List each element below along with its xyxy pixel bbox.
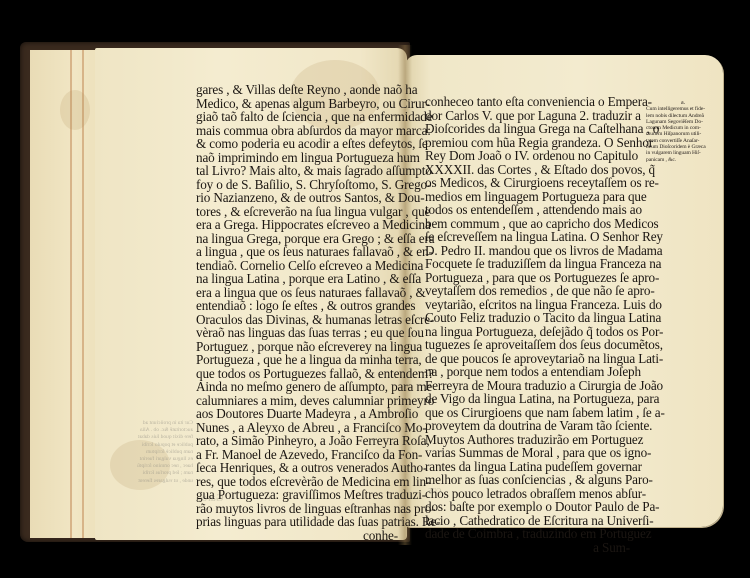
text-line: rantes da lingua Latina pudeſſem governa… bbox=[425, 460, 630, 474]
text-line: proveytem da doutrina de Varam tão ſcien… bbox=[425, 419, 630, 433]
text-line: ſeca Henriques, & a outros venerados Aut… bbox=[196, 461, 398, 475]
text-line: premiou com hũa Regia grandeza. O Senhor bbox=[425, 136, 630, 150]
text-line: os Medicos, & Cirurgioens receytaſſem os… bbox=[425, 176, 630, 190]
text-line: na , porque nem todos a entendiam Joſeph bbox=[425, 365, 630, 379]
text-line: na lingua Portugueza, deſejãdo q̃ todos … bbox=[425, 325, 630, 339]
text-line: que os Cirurgioens que nam ſabem latim ,… bbox=[425, 406, 630, 420]
text-line: chos pouco letrados obraſſem menos abſur… bbox=[425, 487, 630, 501]
text-line: Dioſcorides da lingua Grega na Caſtelhan… bbox=[425, 122, 630, 136]
text-line: tuguezes ſe aproveitaſſem dos ſeus docum… bbox=[425, 338, 630, 352]
open-book: Cur ita in proiiciunt ad auctoritatẽ &c.… bbox=[0, 0, 750, 578]
show-through-text: Cur ita in proiiciunt ad auctoritatẽ &c.… bbox=[113, 420, 193, 485]
text-line: aos Doutores Duarte Madeyra , a Ambroſio bbox=[196, 407, 398, 421]
text-line: era a lingua que os ſeus naturaes fallav… bbox=[196, 286, 398, 300]
text-line: veytarião, eſcritos na lingua Franceza. … bbox=[425, 298, 630, 312]
text-line: a lingua , que os ſeus naturaes fallavaõ… bbox=[196, 245, 398, 259]
text-line: tal Livro? Mais alto, & mais ſagrado aſſ… bbox=[196, 164, 398, 178]
catchword: conhe- bbox=[196, 529, 398, 543]
text-line: Nunes , a Aleyxo de Abreu , a Franciſco … bbox=[196, 421, 398, 435]
text-line: foy o de S. Baſilio, S. Chryſoſtomo, S. … bbox=[196, 178, 398, 192]
ghost-line: unde , ut vulgares fierent bbox=[113, 478, 193, 485]
text-line: tores , & eſcreverão na ſua lingua vulga… bbox=[196, 205, 398, 219]
text-line: Portugueza , que he a lingua da minha te… bbox=[196, 353, 398, 367]
text-line: melhor as ſuas conſciencias , & alguns P… bbox=[425, 473, 630, 487]
text-line: dade de Coimbra , traduzindo em Portugue… bbox=[425, 527, 630, 541]
text-line: D. Pedro II. mandou que os livros de Mad… bbox=[425, 244, 630, 258]
text-line: medios em linguagem Portugueza para que bbox=[425, 190, 630, 204]
text-line: na lingua Latina , porque era Latino , &… bbox=[196, 272, 398, 286]
text-line: tendiaõ. Cornelio Celſo eſcreveo a Medic… bbox=[196, 259, 398, 273]
text-line: a Fr. Manoel de Azevedo, Franciſco da Fo… bbox=[196, 448, 398, 462]
text-line: que todos os Portuguezes fallaõ, & enten… bbox=[196, 367, 398, 381]
marginal-note: a. Cum intelligeremus et fide- lem nobis… bbox=[646, 100, 720, 163]
text-line: ſe eſcreveſſem na lingua Latina. O Senho… bbox=[425, 230, 630, 244]
text-line: varias Summas de Moral , para que os ign… bbox=[425, 446, 630, 460]
text-line: gares , & Villas deſte Reyno , aonde naõ… bbox=[196, 83, 398, 97]
text-line: rio Nazianzeno, & de outros Santos, & Do… bbox=[196, 191, 398, 205]
text-line: dor Carlos V. que por Laguna 2. traduzir… bbox=[425, 109, 630, 123]
text-line: Portugueza , para que os Portuguezes ſe … bbox=[425, 271, 630, 285]
ghost-line: nam ; ſed prorſus ſcribi bbox=[113, 470, 193, 477]
ghost-line: fere dixit quod ſuis dabat bbox=[113, 434, 193, 441]
text-line: calumniares a mim, deves calumniar prime… bbox=[196, 394, 398, 408]
paper-stain bbox=[60, 90, 90, 130]
text-line: bem commum , que ao capricho dos Medicos bbox=[425, 217, 630, 231]
text-line: XXXXII. das Cortes , & Eſtado dos povos,… bbox=[425, 163, 630, 177]
text-line: res, que todos eſcrevèrão de Medicina em… bbox=[196, 475, 398, 489]
left-page-text: gares , & Villas deſte Reyno , aonde naõ… bbox=[196, 83, 398, 542]
ghost-line: nam publicè ſcriptum bbox=[113, 449, 193, 456]
text-line: Muytos Authores traduzirão em Portuguez bbox=[425, 433, 630, 447]
text-line: Focquete ſe traduziſſem da lingua France… bbox=[425, 257, 630, 271]
text-line: na lingua Grega, porque era Grego ; & eſ… bbox=[196, 232, 398, 246]
note-line: panicam , &c. bbox=[646, 157, 720, 163]
right-page-text: conheceo tanto eſta conveniencia o Emper… bbox=[425, 95, 630, 554]
text-line: dos: baſte por exemplo o Doutor Paulo de… bbox=[425, 500, 630, 514]
text-line: Portuguez , porque não eſcreverey na lin… bbox=[196, 340, 398, 354]
text-line: era a Grega. Hippocrates eſcreveo a Medi… bbox=[196, 218, 398, 232]
text-line: naõ imprimindo em lingua Portugueza hum bbox=[196, 151, 398, 165]
text-line: lacio , Cathedratico de Eſcritura na Uni… bbox=[425, 514, 630, 528]
text-line: conheceo tanto eſta conveniencia o Emper… bbox=[425, 95, 630, 109]
ghost-line: publice et populo ſcribi bbox=[113, 442, 193, 449]
text-line: todos os entendeſſem , attendendo mais a… bbox=[425, 203, 630, 217]
text-line: gua Portugueza: graviſſimos Meſtres trad… bbox=[196, 488, 398, 502]
text-line: & como poderia eu acodir a eſtes defeyto… bbox=[196, 137, 398, 151]
text-line: rato, a Simão Pinheyro, a João Ferreyra … bbox=[196, 434, 398, 448]
text-line: Ainda no meſmo genero de aſſumpto, para … bbox=[196, 380, 398, 394]
text-line: Medico, & apenas algum Barbeyro, ou Ciru… bbox=[196, 97, 398, 111]
text-line: de Vigo da lingua Latina, na Portugueza,… bbox=[425, 392, 630, 406]
text-line: rão muytos livros de linguas eſtranhas n… bbox=[196, 502, 398, 516]
text-line: vèraõ nas linguas das ſuas terras ; eu q… bbox=[196, 326, 398, 340]
text-line: mais commua obra abſurdos da mayor marca… bbox=[196, 124, 398, 138]
text-line: Ferreyra de Moura traduzio a Cirurgia de… bbox=[425, 379, 630, 393]
text-line: prias linguas para utilidade das ſuas pa… bbox=[196, 515, 398, 529]
text-line: veytaſſem dos remedios , de que não ſe a… bbox=[425, 284, 630, 298]
text-line: Rey Dom Joaõ o IV. ordenou no Capitulo bbox=[425, 149, 630, 163]
text-line: de que poucos ſe aproveytariaõ na lingua… bbox=[425, 352, 630, 366]
text-line: entendiaõ : logo ſe eſtes , & outros gra… bbox=[196, 299, 398, 313]
text-line: Couto Feliz traduzio o Tacito da lingua … bbox=[425, 311, 630, 325]
ghost-line: Cur ita in proiiciunt ad bbox=[113, 420, 193, 427]
catchword: a Sum- bbox=[425, 541, 630, 555]
text-line: Oraculos das Divinas, & humanas letras e… bbox=[196, 313, 398, 327]
text-line: giaõ taõ falto de ſciencia , que na enfe… bbox=[196, 110, 398, 124]
